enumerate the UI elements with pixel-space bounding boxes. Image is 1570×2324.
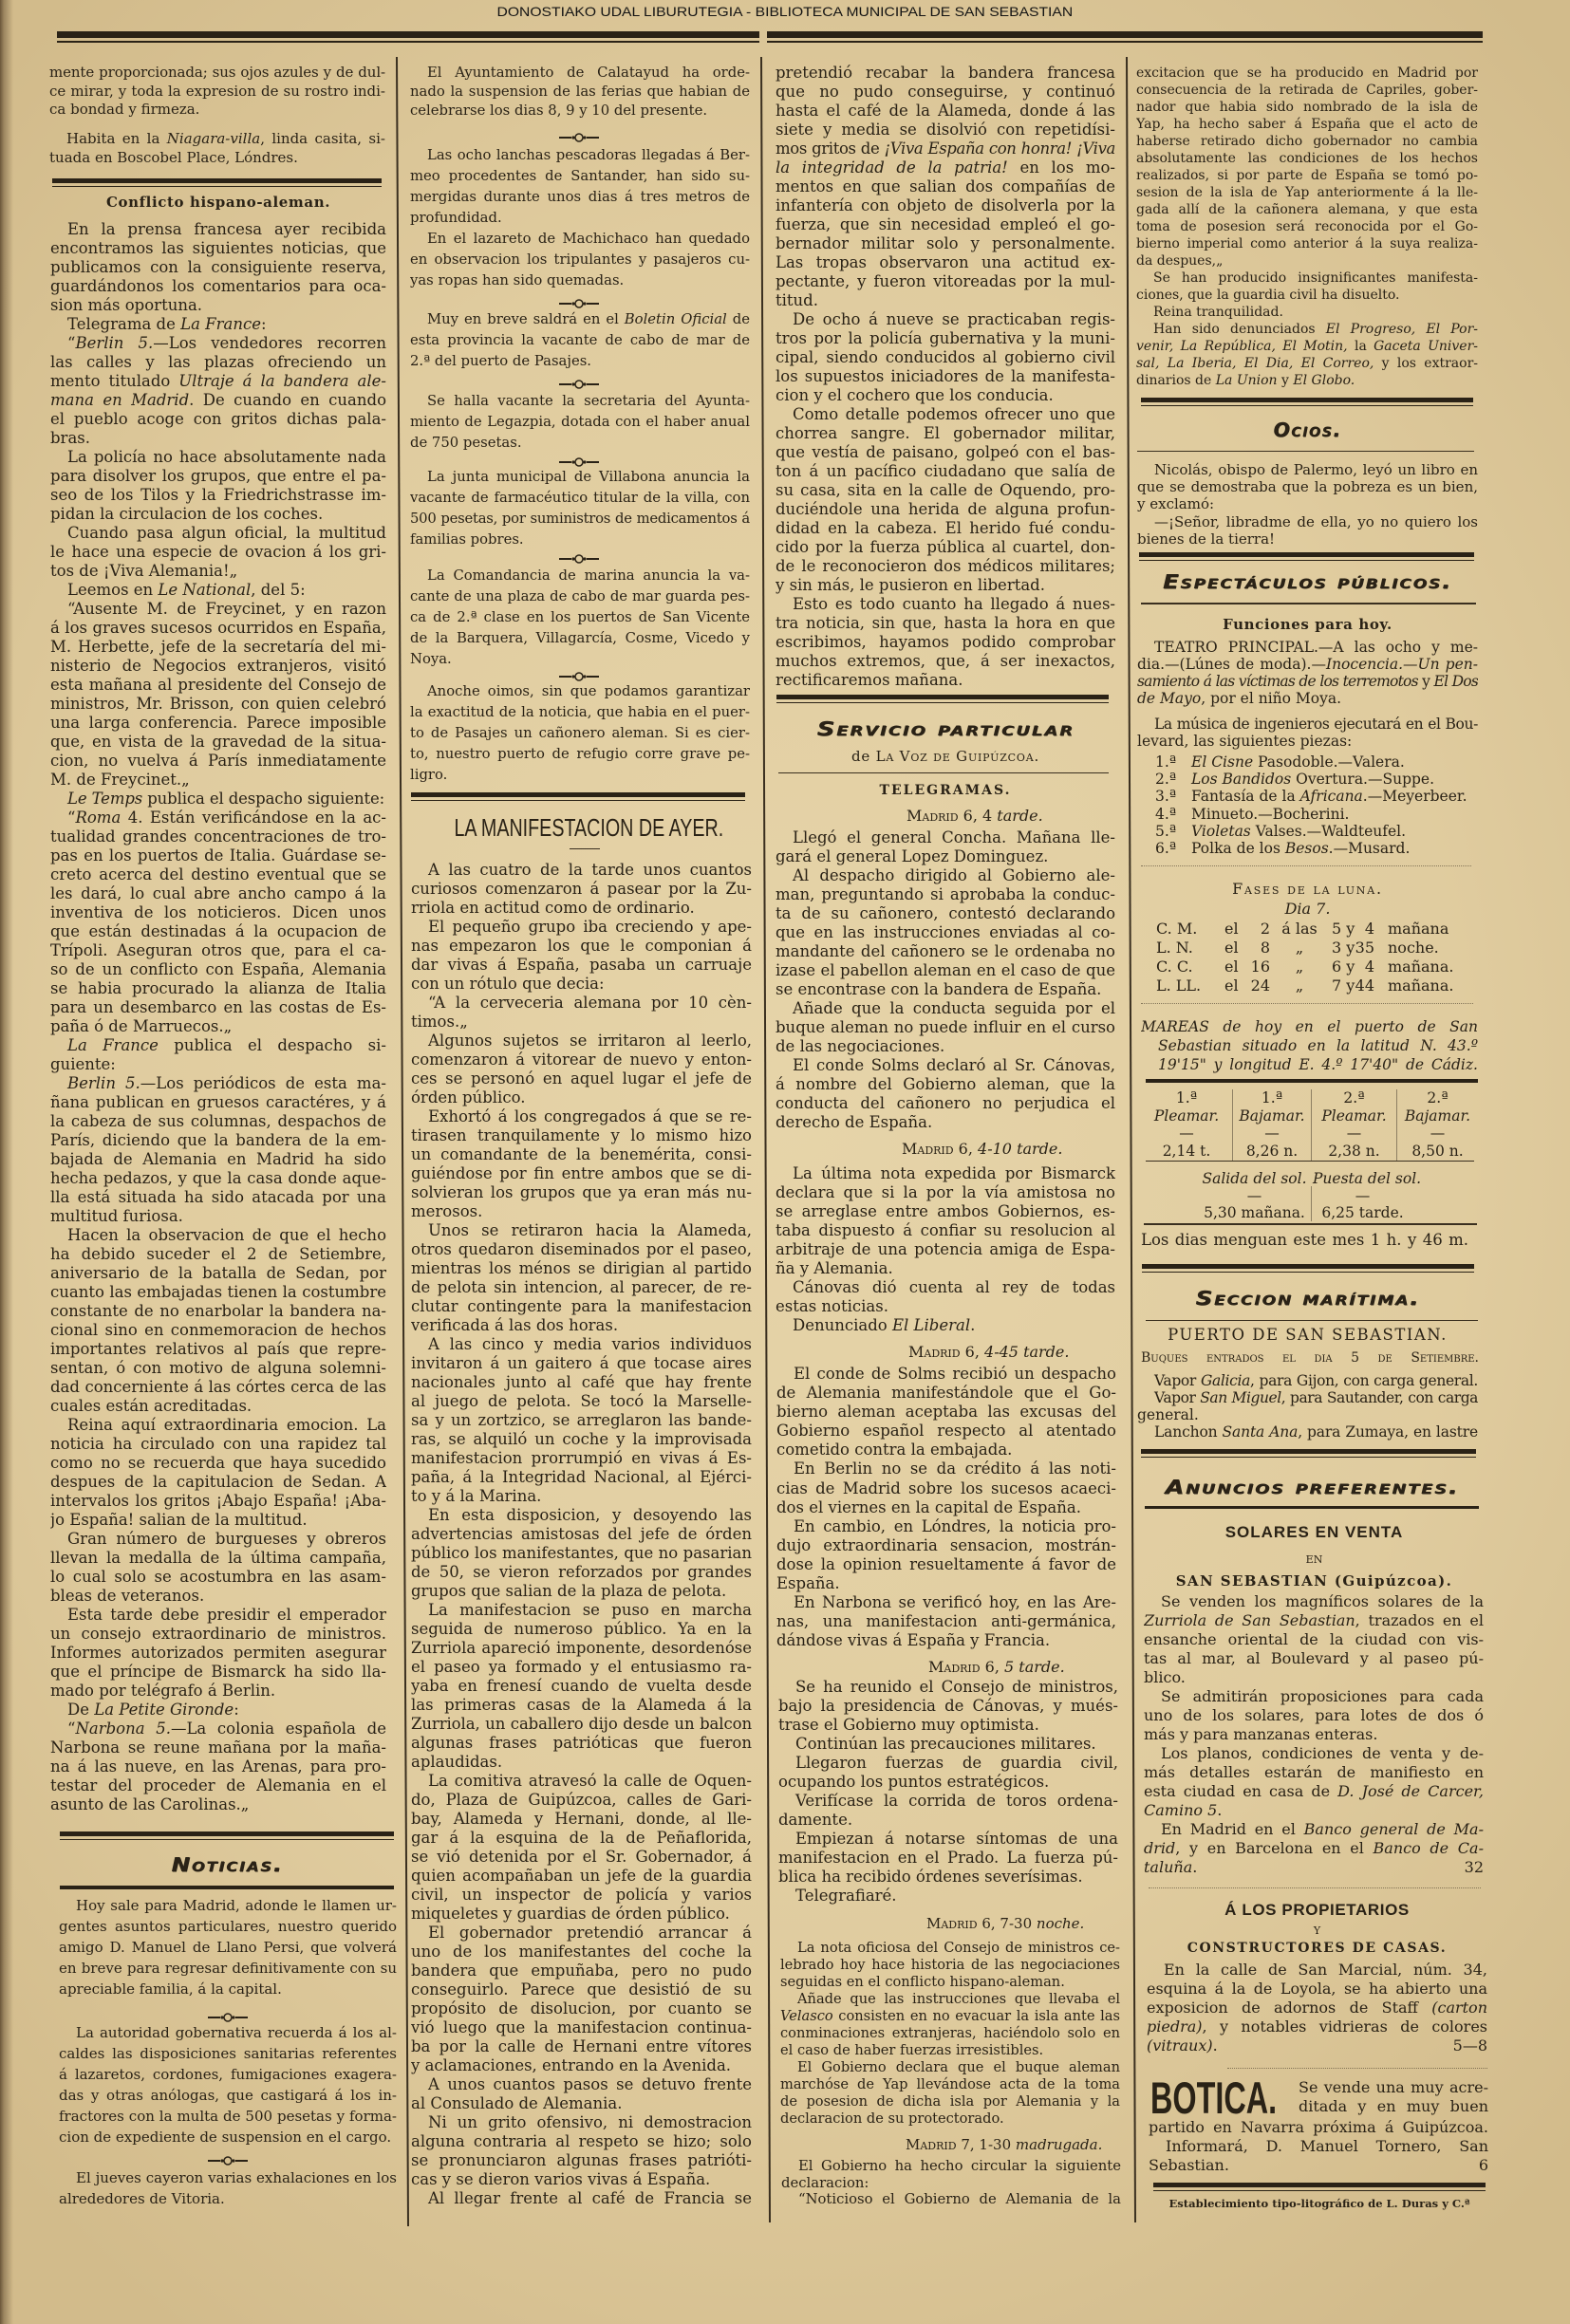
text: tos de ¡Viva Alemania!„ (50, 562, 237, 580)
text-line: yaba en frenesí cuando de vuelta desde (411, 1677, 752, 1696)
paragraph: Llegaron fuerzas de guardia civil,ocupan… (778, 1754, 1118, 1792)
tide-column: 2.ªPleamar.—2,38 n. (1311, 1089, 1396, 1161)
paragraph: mente proporcionada; sus ojos azules y d… (49, 64, 385, 120)
ship-arrivals: Vapor Galicia, para Gijon, con carga gen… (1137, 1372, 1478, 1441)
music-piece: 6.ªPolka de los Besos.—Musard. (1137, 840, 1478, 857)
text: didad en la cabeza. El herido fué condu- (776, 519, 1115, 537)
paragraph: El jueves cayeron varias exhalaciones en… (59, 2167, 397, 2209)
moon-el: el (1224, 920, 1239, 939)
text: lebrado hoy hace historia de las negocia… (780, 1957, 1120, 1973)
section-title: Servicio particular (816, 716, 1074, 741)
text: meo procedentes de Santander, han sido s… (410, 168, 750, 184)
text: muchos extremos, que, á ser inexactos, (776, 652, 1115, 670)
text: . De cuando en cuando (189, 391, 386, 409)
text-line: algunas frases patrióticas que fueron (411, 1734, 752, 1753)
paragraph: TEATRO PRINCIPAL.—A las ocho y me-dia.—(… (1137, 639, 1478, 707)
text-line: mado por telégrafo á Berlin. (50, 1682, 386, 1701)
text-line: el caso de haber fuerzas irresistibles. (780, 2042, 1120, 2059)
text: y sin más, le pusieron en libertad. (776, 576, 1045, 594)
paragraph: La policía no hace absolutamente nadapar… (50, 448, 386, 524)
manifestacion-article-continuation: pretendió recabar la bandera francesaque… (776, 64, 1115, 690)
text: tros por la policía gubernativa y la mun… (776, 329, 1115, 347)
text: que en las instrucciones enviadas al co- (776, 923, 1115, 941)
text-line: titud. (776, 291, 1115, 310)
text: En la calle de San Marcial, núm. 34, (1164, 1961, 1487, 1979)
text: Los planos, condiciones de venta y de- (1161, 1744, 1484, 1762)
italic-text: Banco general de Ma- (1304, 1820, 1484, 1838)
paragraph: Hoy sale para Madrid, adonde le llamen u… (59, 1895, 397, 1999)
dateline-date: 6, 7-30 (978, 1915, 1037, 1932)
text: ha debido suceder el 2 de Setiembre, (50, 1245, 386, 1263)
text-line: “A la cerveceria alemana por 10 cèn- (411, 994, 752, 1013)
text: llevan la medalla de la última campaña, (50, 1549, 386, 1567)
text-line: mos gritos de ¡Viva España con honra! ¡V… (776, 139, 1115, 158)
text: el caso de haber fuerzas irresistibles. (780, 2042, 1043, 2058)
text: bierno aleman aceptaba las excusas del (776, 1403, 1116, 1421)
paragraph: El Ayuntamiento de Calatayud ha orde-nad… (410, 64, 750, 121)
text-line: nas, una manifestacion anti-germánica, (776, 1612, 1116, 1631)
text-line: para un desembarco en las costas de Es- (50, 998, 386, 1017)
text-line: fuerza, que sin necesidad empleó el go- (776, 215, 1115, 234)
paragraph: Anoche oimos, sin que podamos garantizar… (410, 681, 750, 786)
text-line: alguna contraria al respeto se hizo; sol… (411, 2132, 752, 2151)
text: manifestacion prorrumpió en vivas á Es- (411, 1449, 752, 1467)
text-line: Reina tranquilidad. (1136, 304, 1478, 321)
paragraph: En la prensa francesa ayer recibidaencon… (50, 220, 386, 315)
dateline-place: Madrid (908, 1343, 961, 1361)
text-line: bleas de veteranos. (50, 1587, 386, 1606)
text: fuerza, que sin necesidad empleó el go- (776, 215, 1115, 233)
ad-solares-body: Se venden los magníficos solares de laZu… (1144, 1592, 1484, 1877)
text-line: La junta municipal de Villabona anuncia … (410, 467, 750, 488)
section-rule (1141, 603, 1476, 604)
piece-composer: Pasodoble.—Valera. (1253, 753, 1405, 771)
tide-type: Bajamar. (1233, 1107, 1311, 1125)
text: estas noticias. (776, 1297, 888, 1315)
text-line: general. (1137, 1406, 1478, 1423)
text-line: bernador militar solo y personalmente. (776, 234, 1115, 253)
italic-text: D. José de Carcer, (1337, 1782, 1484, 1800)
italic-text: piedra) (1147, 2017, 1203, 2036)
text: to de Pasajes un cañonero aleman. Si es … (410, 725, 750, 741)
dateline-time: 5 tarde. (1004, 1658, 1065, 1676)
text-line: seguidas en el conflicto hispano-aleman. (780, 1974, 1120, 1991)
paragraph: “Roma 4. Están verificándose en la ac-tu… (50, 809, 386, 1036)
text: : (234, 1701, 239, 1719)
text-line: se encontrase con la bandera de España. (776, 980, 1115, 999)
section-rule (778, 772, 1109, 773)
text: otros quedaron diseminados por el paseo, (411, 1240, 752, 1258)
text: seguida de numeroso público. Ya en la (411, 1620, 752, 1638)
telegram-body: La nota oficiosa del Consejo de ministro… (780, 1940, 1120, 2128)
ornament-divider-icon (557, 376, 601, 387)
text-line: La comitiva atravesó la calle de Oquen- (411, 1772, 752, 1791)
ocios-anecdote: Nicolás, obispo de Palermo, leyó un libr… (1137, 461, 1478, 548)
text: propósito de disolucion, por cuanto se (411, 1999, 752, 2017)
text: infantería con objeto de disolverla por … (776, 196, 1115, 214)
text-line: curiosos comenzaron á pasear por la Zu- (411, 880, 752, 899)
paragraph: Como detalle podemos ofrecer uno quechor… (776, 405, 1115, 595)
tide-ordinal: 2.ª (1312, 1089, 1396, 1107)
text-line: do, Plaza de Guipúzcoa, calles de Gari- (411, 1791, 752, 1810)
text: escribimos, hayamos podido comprobar (776, 633, 1115, 651)
text-line: Yap, ha hecho saber á España que el acto… (1136, 116, 1478, 133)
text-line: clutar contingente para la manifestacion (411, 1297, 752, 1316)
text-line: declaracion: (781, 2175, 1121, 2192)
text: nado la suspension de las ferias que hab… (410, 84, 750, 100)
text: publica el despacho si- (159, 1036, 386, 1054)
text-line: vió luego que la manifestacion continua- (411, 2018, 752, 2037)
text-line: manifestacion en el Prado. La fuerza pú- (778, 1849, 1118, 1868)
text-line: conducta del cañonero no perjudica el (776, 1094, 1115, 1113)
moon-hour: 6 y (1332, 957, 1355, 976)
text-line: Esta tarde debe presidir el emperador (50, 1606, 386, 1625)
text: marchóse de Yap llevándose acta de la to… (780, 2076, 1120, 2092)
paragraph: La música de ingenieros ejecutará en el … (1137, 716, 1478, 750)
text: Las tropas observaron una actitud ex- (776, 253, 1115, 271)
text: de posesion de dicha isla por Alemania y… (780, 2093, 1120, 2110)
dateline-place: Madrid (906, 2136, 957, 2153)
text: jo España! salian de la multitud. (50, 1511, 308, 1529)
text-line: las primeras casas de la Alameda á la (411, 1696, 752, 1715)
functions-subtitle: Funciones para hoy. (1137, 616, 1478, 633)
piece-prefix: Fantasía de la (1191, 788, 1300, 805)
ornament-divider-icon (557, 295, 601, 307)
dateline-place: Madrid (906, 807, 959, 825)
text-line: celebrarse los dias 8, 9 y 10 del presen… (410, 102, 750, 121)
text-line: ha debido suceder el 2 de Setiembre, (50, 1245, 386, 1264)
text-line: de la Barquera, Villagarcía, Cosme, Vice… (410, 628, 750, 649)
text-line: que en las instrucciones enviadas al co- (776, 923, 1115, 942)
moon-row: C. C.el16„6 y4mañana. (1137, 957, 1478, 976)
text-line: el pueblo acoge con gritos dichas pala- (50, 410, 386, 429)
text: paña, á la Integridad Nacional, al Ejérc… (411, 1468, 752, 1486)
text: de pelota sin intencion, al parecer, de … (411, 1278, 752, 1296)
text: , linda casita, si- (260, 130, 385, 147)
paragraph: Muy en breve saldrá en el Boletin Oficia… (410, 309, 750, 372)
text: publicamos con la consiguiente reserva, (50, 258, 386, 276)
text-line: chorrea sangre. El gobernador militar, (776, 424, 1115, 443)
moon-hour: 5 y (1332, 920, 1355, 939)
article-title-text: LA MANIFESTACION DE AYER. (454, 814, 723, 841)
dateline-time: madrugada. (1016, 2136, 1102, 2153)
paragraph: Verifícase la corrida de toros ordena-da… (778, 1792, 1118, 1830)
text-line: 5—8(vitraux). (1147, 2036, 1487, 2055)
text: gará el general Lopez Dominguez. (776, 847, 1048, 865)
paragraph: Ni un grito ofensivo, ni demostracionalg… (411, 2113, 752, 2189)
text: Como detalle podemos ofrecer uno que (793, 405, 1115, 423)
column-divider-3 (1127, 57, 1135, 2222)
text: hasta el café de la Alameda, donde á las (776, 102, 1115, 120)
text-line: meo procedentes de Santander, han sido s… (410, 166, 750, 187)
text-line: declara que si la por la vía amistosa no (776, 1183, 1115, 1202)
text-line: La autoridad gobernativa recuerda á los … (59, 2022, 397, 2043)
article-title-manifestacion: LA MANIFESTACION DE AYER. (411, 814, 751, 841)
text: rectificaremos mañana. (776, 671, 963, 689)
text: conminaciones extranjeras, haciéndolo so… (780, 2025, 1120, 2041)
ornament-divider-icon (557, 129, 601, 140)
text-line: cional sino en conmemoracion de hechos (50, 1321, 386, 1340)
text-line: Telegrama de La France: (50, 315, 386, 334)
text-line: Los dias menguan este mes 1 h. y 46 m. (1141, 1231, 1468, 1250)
piece-composer: Valses.—Waldteufel. (1251, 823, 1406, 840)
theatre-listing: TEATRO PRINCIPAL.—A las ocho y me-dia.—(… (1137, 639, 1478, 707)
text-line: tuada en Boscobel Place, Lóndres. (49, 148, 385, 167)
paragraph: El Gobierno declara que el buque alemanm… (780, 2059, 1120, 2128)
text-line: bierno aleman aceptaba las excusas del (776, 1403, 1116, 1422)
column-divider-1 (397, 57, 408, 2226)
moon-row: L. N.el8„3 y35noche. (1137, 939, 1478, 957)
text: en breve para regresar definitivamente c… (59, 1960, 397, 1977)
piece-title: El Cisne (1191, 753, 1253, 771)
text: realizados, si por parte de España se to… (1136, 168, 1478, 183)
dateline-time: 4-10 tarde. (978, 1140, 1062, 1158)
text: absolutamente las condiciones de los hec… (1136, 151, 1478, 166)
text: dos el viernes en la capital de España. (776, 1498, 1081, 1516)
text-line: bay, Alameda y Hernani, donde, al lle- (411, 1810, 752, 1829)
text-line: partido en Navarra próxima á Guipúzcoa. (1149, 2118, 1488, 2137)
sun-table: Salida del sol.—5,30 mañana. Puesta del … (1141, 1170, 1478, 1223)
text-line: Vapor Galicia, para Gijon, con carga gen… (1137, 1372, 1478, 1389)
text-line: órden público. (411, 1088, 752, 1107)
text: y (1418, 673, 1434, 690)
telegram-body: El Gobierno ha hecho circular la siguien… (781, 2158, 1121, 2208)
section-rule (1146, 1079, 1478, 1083)
text-line: mana en Madrid. De cuando en cuando (50, 391, 386, 410)
text: bierno imperial como anterior á la suya … (1136, 236, 1478, 251)
text-line: Las tropas observaron una actitud ex- (776, 253, 1115, 272)
text-line: esta mañana al presidente del Consejo de (50, 676, 386, 695)
section-rule (52, 178, 382, 187)
text: y exclamó: (1137, 495, 1214, 512)
text-line: les dará, lo cual abre ancho campo á la (50, 884, 386, 903)
paragraph: Buques entrados el dia 5 de Setiembre. (1141, 1349, 1479, 1367)
text: cion y el cochero que los conducia. (776, 386, 1054, 404)
paragraph: El conde Solms declaró al Sr. Cánovas,á … (776, 1056, 1115, 1132)
text-line: Camino 5. (1144, 1801, 1484, 1820)
text-line: Gobierno español respecto al atentado (776, 1422, 1116, 1441)
text-line: fractores con la multa de 500 pesetas y … (59, 2106, 397, 2127)
tides-intro: MAREAS de hoy en el puerto de SanSebasti… (1141, 1017, 1478, 1074)
telegram-body: Se ha reunido el Consejo de ministros,ba… (778, 1678, 1118, 1906)
text-line: bajada de Alemania en Madrid ha sido (50, 1150, 386, 1169)
tide-time: 2,14 t. (1141, 1143, 1232, 1161)
moon-el: el (1224, 939, 1239, 957)
text: á los graves sucesos ocurridos en España… (50, 619, 386, 637)
text: Se admitirán proposiciones para cada (1161, 1687, 1484, 1705)
text-line: consecuencia de la retirada de Capriles,… (1136, 82, 1478, 99)
tide-column: 1.ªBajamar.—8,26 n. (1232, 1089, 1311, 1161)
text-line: seguida de numeroso público. Ya en la (411, 1620, 752, 1639)
text: ditada y en muy buen (1299, 2097, 1488, 2115)
text: el pueblo acoge con gritos dichas pala- (50, 410, 386, 428)
text-line: levard, las siguientes piezas: (1137, 733, 1478, 750)
text: En la prensa francesa ayer recibida (67, 220, 386, 238)
paragraph: Las ocho lanchas pescadoras llegadas á B… (410, 145, 750, 229)
text: ñana publican en gruesos caractéres, y á (50, 1093, 386, 1111)
text-line: En Berlin no se da crédito á las noti- (776, 1459, 1116, 1478)
text: ministros, Mr. Brisson, con quien celebr… (50, 695, 386, 713)
text: dándose vivas á España y Francia. (776, 1631, 1050, 1649)
text-line: la exactitud de la noticia, que habia en… (410, 702, 750, 723)
text: dujo extraordinaria sensacion, mostrán- (776, 1536, 1116, 1554)
text-line: sal, La Iberia, El Dia, El Correo, y los… (1136, 355, 1478, 372)
ad-insertion-number: 5—8 (1453, 2036, 1487, 2055)
text: cion, no vuelva á París inmediatamente (50, 752, 386, 770)
text-line: esquina á la de Loyola, se ha abierto un… (1147, 1980, 1487, 1999)
text-line: como no se recuerda que haya sucedido (50, 1454, 386, 1473)
text-line: El pequeño grupo iba creciendo y ape- (411, 918, 752, 937)
paragraph: partido en Navarra próxima á Guipúzcoa. (1149, 2118, 1488, 2137)
text-line: cias de Madrid sobre los sucesos acaeci- (776, 1479, 1116, 1498)
text-line: cometido contra la embajada. (776, 1441, 1116, 1459)
text: ras, se alquiló un coche y la improvisad… (411, 1430, 752, 1448)
text-line: público los manifestantes, que no pasari… (411, 1544, 752, 1563)
text-line: que vestía de paisano, golpeó con el bas… (776, 443, 1115, 462)
paragraph: “Berlin 5.—Los vendedores recorrenlas ca… (50, 334, 386, 448)
text: Se halla vacante la secretaria del Ayunt… (427, 393, 750, 409)
text-line: lebrado hoy hace historia de las negocia… (780, 1957, 1120, 1974)
text-line: jo España! salian de la multitud. (50, 1511, 386, 1530)
tide-dash: — (1141, 1125, 1232, 1143)
telegram-dateline: Madrid 7, 1-30 madrugada. (906, 2135, 1102, 2154)
text: ba por la calle de Hernani entre vítores (411, 2037, 752, 2055)
manifestacion-article-body: A las cuatro de la tarde unos cuantoscur… (411, 861, 752, 2208)
ad-subtitle-en: EN (1144, 1553, 1485, 1567)
text-line: tra noticia, sin que, hasta la hora en q… (776, 614, 1115, 633)
text-line: ca bondad y firmeza. (49, 101, 385, 120)
text-line: ocupando los puntos estratégicos. (778, 1773, 1118, 1792)
text-line: mentos en que salian dos compañías de (776, 177, 1115, 196)
text-line: cas y se dieron varios vivas á España. (411, 2170, 752, 2189)
text-line: asunto de las Carolinas.„ (50, 1795, 386, 1814)
text: El gobernador pretendió arrancar á (428, 1924, 752, 1942)
text: Esta tarde debe presidir el emperador (67, 1606, 386, 1624)
text-line: Reina aquí extraordinaria emocion. La (50, 1416, 386, 1435)
text-line: MAREAS de hoy en el puerto de San (1141, 1017, 1478, 1036)
moon-minute: 44 (1354, 976, 1374, 995)
text: que se demostraba que la pobreza es un b… (1137, 478, 1478, 495)
text-line: pectante, y fueron vitoreadas por la mul… (776, 272, 1115, 291)
text-line: estas noticias. (776, 1297, 1115, 1316)
text-line: hecha pedazos, y que la casa donde aque- (50, 1169, 386, 1188)
text: creto acerca del destino eventual que se (50, 865, 386, 883)
text: hecha pedazos, y que la casa donde aque- (50, 1169, 386, 1187)
text-line: —¡Señor, libradme de ella, yo no quiero … (1137, 513, 1478, 530)
text-line: pidan la circulacion de los coches. (50, 505, 386, 524)
text: M. Herbette, jefe de la secretaría del m… (50, 638, 386, 656)
port-title: PUERTO DE SAN SEBASTIAN. (1137, 1326, 1478, 1345)
text: cido por la fuerza pública al cuartel, d… (776, 538, 1115, 556)
text: yas ropas han sido quemadas. (410, 272, 624, 288)
text: á nombre del Gobierno aleman, que la (776, 1075, 1115, 1093)
piece-text: Los Bandidos Overtura.—Suppe. (1191, 771, 1434, 788)
paragraph: Esto es todo cuanto ha llegado á nues-tr… (776, 595, 1115, 690)
text-line: sa y un zortzico, se arreglaron las band… (411, 1411, 752, 1430)
text-line: uno de los solares, para lotes de dos ó (1144, 1706, 1484, 1725)
paragraph: Se admitirán proposiciones para cadauno … (1144, 1687, 1484, 1744)
text-line: en observacion los tripulantes y pasajer… (410, 250, 750, 270)
text-line: “Berlin 5.—Los vendedores recorren (50, 334, 386, 353)
sunset-label: Puesta del sol. (1313, 1170, 1412, 1187)
text: de 750 pesetas. (410, 435, 522, 451)
text-line: multitud furiosa. (50, 1207, 386, 1226)
text-line: dinarios de La Union y El Globo. (1136, 372, 1478, 389)
text-line: con un rótulo que decia: (411, 975, 752, 994)
ornament-divider-icon (557, 668, 601, 679)
text: los supuestos iniciadores de la manifest… (776, 367, 1115, 385)
text-line: Zurriola, un caballero dijo desde un bal… (411, 1715, 752, 1734)
text: yaba en frenesí cuando de vuelta desde (411, 1677, 752, 1695)
text: Verifícase la corrida de toros ordena- (795, 1792, 1118, 1810)
italic-text: La Petite Gironde (94, 1701, 234, 1719)
moon-phase: C. C. (1156, 957, 1193, 976)
text: La nota oficiosa del Consejo de ministro… (797, 1940, 1120, 1956)
moon-period: noche. (1388, 939, 1439, 957)
text-line: damente. (778, 1811, 1118, 1830)
paragraph: Empiezan á notarse síntomas de unamanife… (778, 1830, 1118, 1887)
arrivals-heading: Buques entrados el dia 5 de Setiembre. (1141, 1349, 1479, 1367)
text: cas y se dieron varios vivas á España. (411, 2170, 710, 2188)
text: tuada en Boscobel Place, Lóndres. (49, 149, 298, 166)
text-line: En cambio, en Lóndres, la noticia pro- (776, 1517, 1116, 1536)
news-item: Muy en breve saldrá en el Boletin Oficia… (410, 309, 750, 372)
section-header-ocios: Ocios. (1137, 418, 1478, 442)
text: como no se recuerda que haya sucedido (50, 1454, 386, 1472)
text-line: cion, no vuelva á París inmediatamente (50, 752, 386, 771)
text-line: invitaron á un gaitero á que tocase aire… (411, 1354, 752, 1373)
text-line: publicamos con la consiguiente reserva, (50, 258, 386, 277)
text-line: Hacen la observacion de que el hecho (50, 1226, 386, 1245)
italic-text: Gaceta Univer- (1374, 339, 1478, 354)
text-line: realizados, si por parte de España se to… (1136, 167, 1478, 184)
text-line: La policía no hace absolutamente nada (50, 448, 386, 467)
text: se encontrase con la bandera de España. (776, 980, 1101, 998)
text: bienes de la tierra! (1137, 530, 1275, 548)
paragraph: Exhortó á los congregados á que se re-ti… (411, 1107, 752, 1221)
text-line: Sebastian situado en la latitud N. 43.º (1141, 1036, 1478, 1055)
text-line: noticia ha circulado con una rapidez tal (50, 1435, 386, 1454)
text-line: que se demostraba que la pobreza es un b… (1137, 478, 1478, 495)
text: vacante de farmacéutico titular de la vi… (410, 490, 750, 506)
section-header-noticias: Noticias. (60, 1852, 394, 1877)
paragraph: En cambio, en Lóndres, la noticia pro-du… (776, 1517, 1116, 1593)
tide-ordinal: 2.ª (1397, 1089, 1478, 1107)
text-line: na á las nueve, en las Arenas, para pro- (50, 1757, 386, 1776)
text: Informará, D. Manuel Tornero, San (1166, 2137, 1488, 2155)
text: guiéndose por fin entre ambos que se di- (411, 1164, 752, 1182)
text-line: quien acompañaban un jefe de la guardia (411, 1867, 752, 1886)
text-line: En Narbona se verificó hoy, en las Are- (776, 1593, 1116, 1612)
text-line: dándose vivas á España y Francia. (776, 1631, 1116, 1650)
text-line: so de un conflicto con España, Alemania (50, 960, 386, 979)
italic-text: Camino 5 (1144, 1801, 1217, 1819)
text-line: Añade que la conducta seguida por el (776, 999, 1115, 1018)
text: apreciable familia, á la capital. (59, 1980, 282, 1998)
text: . (1217, 1801, 1222, 1819)
text: blica ha recibido órdenes severísimas. (778, 1868, 1083, 1886)
text: verificada á las dos horas. (411, 1316, 618, 1334)
text: En Berlin no se da crédito á las noti- (794, 1459, 1116, 1478)
text-line: En la prensa francesa ayer recibida (50, 220, 386, 239)
text: La policía no hace absolutamente nada (67, 448, 386, 466)
tide-column: 2.ªBajamar.—8,50 n. (1396, 1089, 1478, 1161)
text-line: Vapor San Miguel, para Sautander, con ca… (1137, 1389, 1478, 1406)
text: guardándonos los comentarios para oca- (50, 277, 386, 295)
text-line: El conde Solms declaró al Sr. Cánovas, (776, 1056, 1115, 1075)
text-line: creto acerca del destino eventual que se (50, 865, 386, 884)
paragraph: Denunciado El Liberal. (776, 1316, 1115, 1335)
